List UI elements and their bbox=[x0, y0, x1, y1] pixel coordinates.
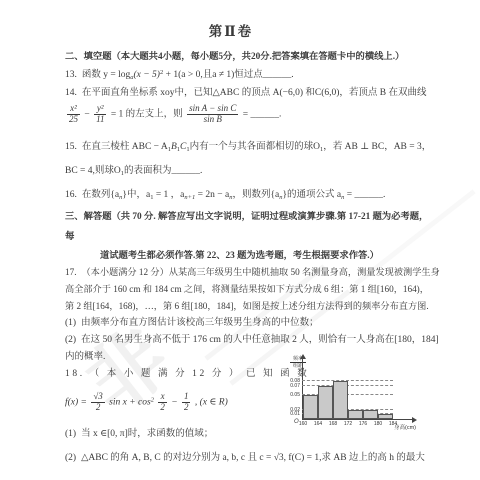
y-axis-arrow-icon bbox=[300, 354, 306, 359]
histogram-x-tick: 176 bbox=[356, 421, 370, 427]
fraction-y2-11: y²11 bbox=[94, 104, 106, 125]
fraction-x-2: x2 bbox=[158, 392, 167, 413]
section3-heading-line2: 每 bbox=[65, 232, 75, 243]
question-13: 13.函数 y = loga(x − 5)2 + 1(a > 0,且a ≠ 1)… bbox=[65, 69, 294, 82]
histogram-x-tick: 172 bbox=[341, 421, 355, 427]
section2-heading: 二、填空题（本大题共4小题，每小题5分，共20分.把答案填在答题卡中的横线上.） bbox=[65, 52, 404, 63]
histogram-x-tick: 164 bbox=[311, 421, 325, 427]
histogram-bar bbox=[318, 386, 333, 419]
histogram-plot bbox=[303, 381, 393, 419]
question-13-number: 13. bbox=[65, 70, 77, 81]
question-14-line1: 14.在平面直角坐标系 xoy中，已知△ABC 的顶点 A(−6,0) 和C(6… bbox=[65, 88, 427, 99]
histogram-bar bbox=[333, 381, 348, 419]
question-15-number: 15. bbox=[65, 142, 77, 153]
fraction-1-2: 12 bbox=[182, 392, 191, 413]
histogram-x-tick: 168 bbox=[326, 421, 340, 427]
question-17-part1: (1)由频率分布直方图估计该校高三年级男生身高的中位数； bbox=[65, 318, 319, 329]
question-17-line3: 第 2 组[164，168)，…，第 6 组[180，184]，如图是按上述分组… bbox=[65, 301, 429, 312]
histogram-y-tick: 0.02 bbox=[284, 407, 300, 413]
question-15-text: 在直三棱柱 ABC − A1B1C1内有一个与其各面都相切的球O1，若 AB ⊥… bbox=[82, 142, 431, 152]
histogram: 频率 组距 O 身高(cm) 0.010.020.050.070.0816016… bbox=[283, 356, 433, 436]
page-title: 第Ⅱ卷 bbox=[0, 24, 462, 40]
histogram-bar bbox=[363, 410, 378, 420]
exam-page: 非 第Ⅱ卷 二、填空题（本大题共4小题，每小题5分，共20分.把答案填在答题卡中… bbox=[0, 0, 480, 480]
question-14-number: 14. bbox=[65, 88, 77, 99]
question-14-text: 在平面直角坐标系 xoy中，已知△ABC 的顶点 A(−6,0) 和C(6,0)… bbox=[82, 88, 427, 98]
question-16-number: 16. bbox=[65, 190, 77, 201]
question-15-line1: 15.在直三棱柱 ABC − A1B1C1内有一个与其各面都相切的球O1，若 A… bbox=[65, 142, 431, 154]
histogram-y-tick: 0.05 bbox=[284, 392, 300, 398]
histogram-y-tick: 0.08 bbox=[284, 378, 300, 384]
histogram-bar bbox=[348, 410, 363, 420]
question-16-text: 在数列{an}中，a1 = 1 ，an+1 = 2n − an，则数列{an}的… bbox=[82, 190, 386, 200]
x-axis-arrow-icon bbox=[412, 417, 417, 423]
histogram-x-tick: 180 bbox=[371, 421, 385, 427]
question-18-head: 18.（ 本 小 题 满 分 12 分 ） 已 知 函 数 bbox=[65, 369, 309, 380]
section3-heading-line1: 三、解答题（共 70 分. 解答应写出文字说明，证明过程或演算步骤.第 17-2… bbox=[65, 212, 428, 223]
question-18-number: 18. bbox=[65, 369, 85, 380]
question-17-line1: 17.（本小题满分 12 分）从某高三年级男生中随机抽取 50 名测量身高，测量… bbox=[65, 267, 440, 278]
section3-heading-line3: 道试题考生都必须作答.第 22、23 题为选考题，考生根据要求作答.） bbox=[100, 251, 379, 262]
histogram-x-tick: 160 bbox=[296, 421, 310, 427]
question-16: 16.在数列{an}中，a1 = 1 ，an+1 = 2n − an，则数列{a… bbox=[65, 190, 385, 202]
question-18-part1: (1)当 x ∈[0, π]时，求函数的值域； bbox=[65, 429, 213, 440]
question-17-part2: (2)在这 50 名男生身高不低于 176 cm 的人中任意抽取 2 人，则恰有… bbox=[65, 335, 439, 346]
histogram-x-axis bbox=[302, 419, 414, 420]
question-18-formula: f(x) = √32 sin x + cos2 x2 − 12 , (x ∈ R… bbox=[65, 392, 228, 413]
question-17-number: 17. bbox=[65, 267, 76, 278]
question-14-line2: x²25 − y²11 = 1 的左支上，则 sin A − sin Csin … bbox=[65, 104, 281, 125]
fraction-sqrt3-2: √32 bbox=[91, 392, 104, 413]
fraction-sin: sin A − sin Csin B bbox=[187, 104, 238, 125]
question-17-part2-cont: 内的概率. bbox=[65, 352, 105, 363]
fraction-x2-25: x²25 bbox=[67, 104, 80, 125]
question-17-line2: 高全部介于 160 cm 和 184 cm 之间，将测量结果按如下方式分成 6 … bbox=[65, 284, 429, 295]
question-13-text: 函数 y = loga(x − 5)2 + 1(a > 0,且a ≠ 1)恒过点… bbox=[82, 70, 294, 80]
histogram-x-tick: 184 bbox=[386, 421, 400, 427]
answer-blank: ______. bbox=[250, 110, 281, 120]
question-18-part2: (2)△ABC 的角 A, B, C 的对边分别为 a, b, c 且 c = … bbox=[65, 453, 425, 464]
histogram-bar bbox=[303, 395, 318, 419]
question-15-line2: BC = 4,则球O1的表面积为______. bbox=[65, 166, 202, 178]
histogram-bar bbox=[378, 414, 393, 419]
